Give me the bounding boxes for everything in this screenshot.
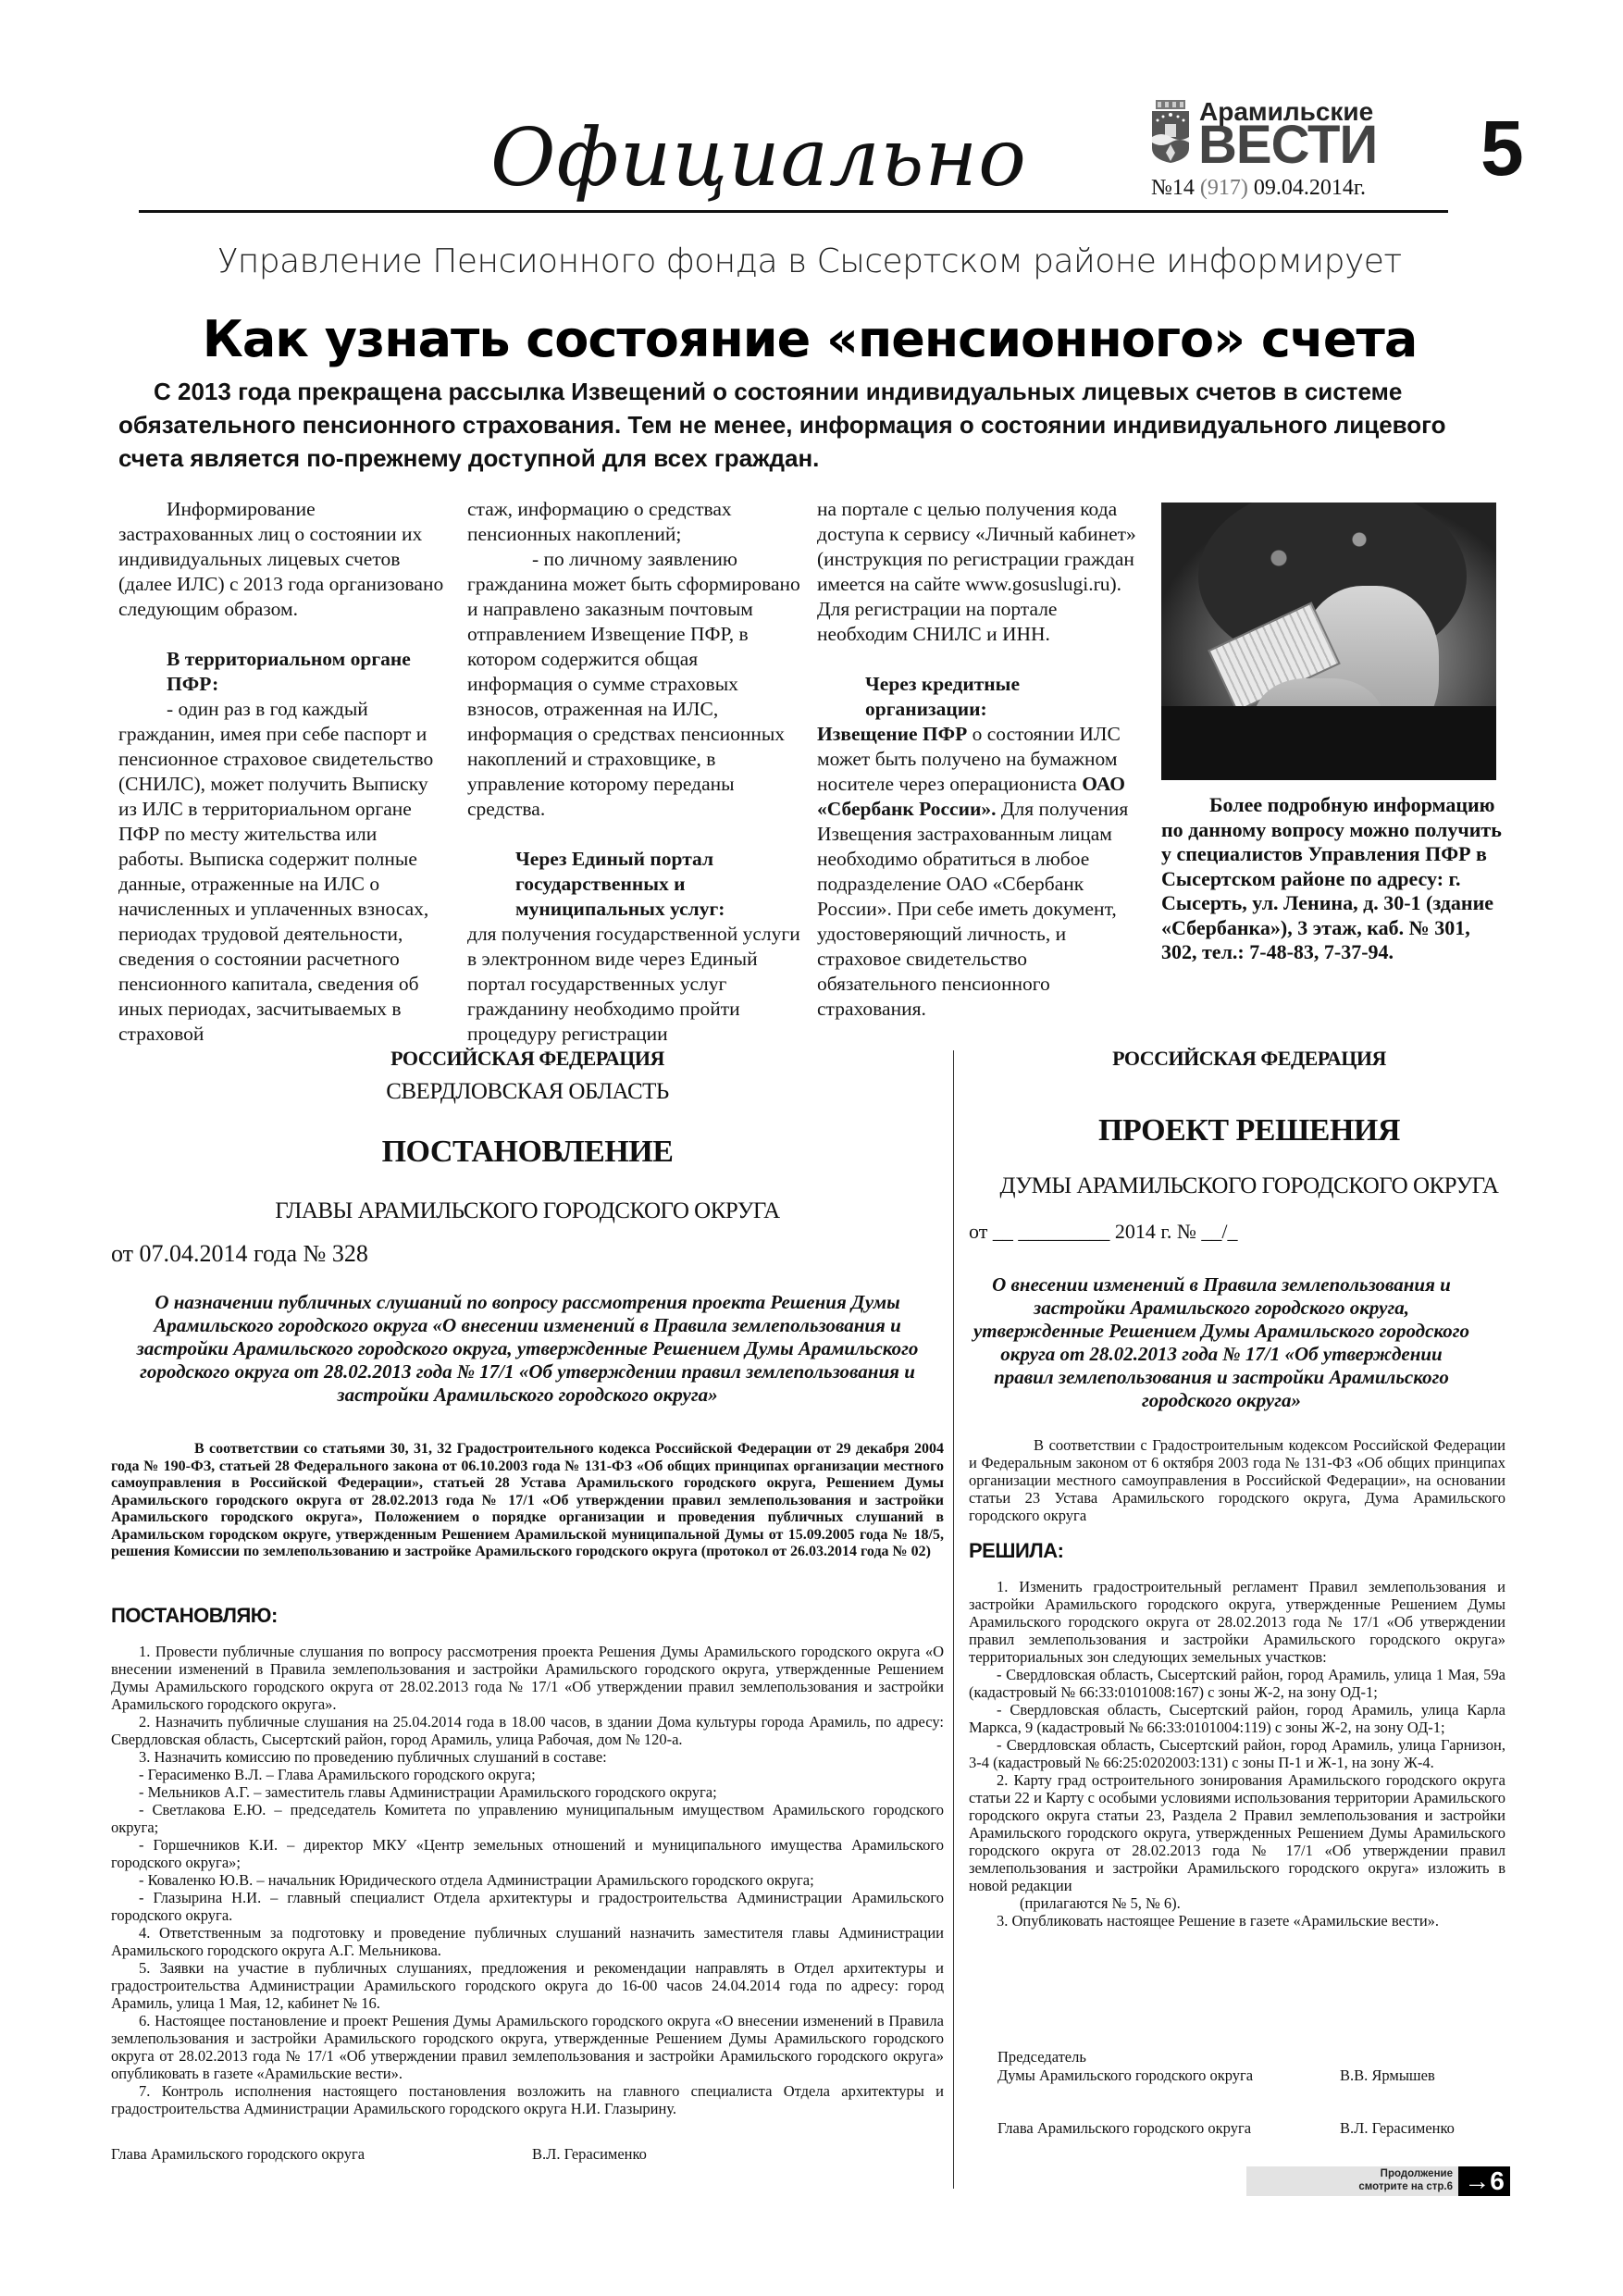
list-item: - Свердловская область, Сысертский район…: [969, 1701, 1505, 1736]
article-column-3: на портале с целью получения кода доступ…: [817, 497, 1146, 1022]
postanovlenie-signature-name: В.Л. Герасименко: [532, 2145, 647, 2164]
text: Для получения Извещения застрахованным л…: [817, 798, 1128, 1020]
issue-date: 09.04.2014г.: [1254, 176, 1366, 200]
proekt-date-number: от __ _________ 2014 г. № __/_: [969, 1220, 1237, 1244]
list-item: 3. Опубликовать настоящее Решение в газе…: [969, 1912, 1505, 1930]
list-item: 3. Назначить комиссию по проведению публ…: [111, 1748, 944, 1766]
list-item: 1. Изменить градостроительный регламент …: [969, 1578, 1505, 1666]
list-item: 1. Провести публичные слушания по вопрос…: [111, 1643, 944, 1713]
issue-number: №14: [1151, 176, 1195, 200]
bold-term: Извещение ПФР: [817, 723, 967, 745]
article-photo: [1161, 503, 1496, 780]
postanovlenie-preamble: В соответствии со статьями 30, 31, 32 Гр…: [111, 1441, 944, 1561]
list-item: 6. Настоящее постановление и проект Реше…: [111, 2012, 944, 2082]
postanovlenie-country: РОССИЙСКАЯ ФЕДЕРАЦИЯ: [111, 1047, 944, 1071]
paragraph: для получения государственной услуги в э…: [467, 922, 800, 1047]
postanovlenie-date-number: от 07.04.2014 года № 328: [111, 1240, 368, 1268]
proekt-sign1-title-b: Думы Арамильского городского округа: [997, 2066, 1253, 2085]
list-item: - Свердловская область, Сысертский район…: [969, 1666, 1505, 1701]
proekt-sign1-name: В.В. Ярмышев: [1340, 2066, 1435, 2085]
paragraph: Извещение ПФР о состоянии ИЛС может быть…: [817, 722, 1146, 1022]
issue-total: (917): [1200, 176, 1248, 200]
paragraph: на портале с целью получения кода доступ…: [817, 497, 1146, 647]
newspaper-logo: Арамильские ВЕСТИ: [1150, 100, 1428, 176]
list-item: 5. Заявки на участие в публичных слушани…: [111, 1959, 944, 2012]
proekt-subject: О внесении изменений в Правила землеполь…: [972, 1273, 1471, 1412]
list-item: 7. Контроль исполнения настоящего постан…: [111, 2082, 944, 2117]
issue-info: №14 (917) 09.04.2014г.: [1151, 176, 1366, 201]
postanovlenie-region: СВЕРДЛОВСКАЯ ОБЛАСТЬ: [111, 1079, 944, 1105]
subheading: Через Единый портал государственных и му…: [467, 847, 800, 922]
proekt-resolve-heading: РЕШИЛА:: [969, 1539, 1063, 1563]
article-column-2: стаж, информацию о средствах пенсионных …: [467, 497, 800, 1047]
proekt-preamble: В соответствии с Градостроительным кодек…: [969, 1436, 1505, 1524]
masthead-divider: [139, 210, 1448, 213]
article-lede: С 2013 года прекращена рассылка Извещени…: [118, 375, 1479, 475]
continuation-link[interactable]: Продолжение смотрите на стр.6 →6: [1246, 2166, 1510, 2196]
postanovlenie-signature-title: Глава Арамильского городского округа: [111, 2145, 365, 2164]
page-number: 5: [1481, 109, 1524, 187]
subheading: В территориальном органе ПФР:: [118, 647, 447, 697]
proekt-sign1-title-a: Председатель: [997, 2048, 1086, 2066]
postanovlenie-title: ПОСТАНОВЛЕНИЕ: [111, 1135, 944, 1170]
city-crest-icon: [1150, 100, 1191, 165]
paragraph: - по личному заявлению гражданина может …: [467, 547, 800, 822]
list-item: - Герасименко В.Л. – Глава Арамильского …: [111, 1766, 944, 1783]
paragraph: - один раз в год каждый гражданин, имея …: [118, 697, 447, 1047]
article-column-1: Информирование застрахованных лиц о сост…: [118, 497, 447, 1047]
list-item: - Коваленко Ю.В. – начальник Юридическог…: [111, 1871, 944, 1889]
postanovlenie-items: 1. Провести публичные слушания по вопрос…: [111, 1643, 944, 2117]
proekt-title: ПРОЕКТ РЕШЕНИЯ: [962, 1113, 1536, 1148]
proekt-sign2-title: Глава Арамильского городского округа: [997, 2119, 1251, 2138]
proekt-items: 1. Изменить градостроительный регламент …: [969, 1578, 1505, 1930]
contact-text: Более подробную информацию по данному во…: [1161, 793, 1502, 963]
list-item: 2. Назначить публичные слушания на 25.04…: [111, 1713, 944, 1748]
article-headline: Как узнать состояние «пенсионного» счета: [139, 310, 1481, 368]
postanovlenie-subject: О назначении публичных слушаний по вопро…: [111, 1291, 944, 1407]
list-item: - Светлакова Е.Ю. – председатель Комитет…: [111, 1801, 944, 1836]
proekt-sign2-name: В.Л. Герасименко: [1340, 2119, 1455, 2138]
proekt-country: РОССИЙСКАЯ ФЕДЕРАЦИЯ: [962, 1047, 1536, 1071]
paragraph: стаж, информацию о средствах пенсионных …: [467, 497, 800, 547]
postanovlenie-resolve-heading: ПОСТАНОВЛЯЮ:: [111, 1604, 278, 1628]
list-item: 4. Ответственным за подготовку и проведе…: [111, 1924, 944, 1959]
continuation-line2: смотрите на стр.6: [1358, 2180, 1453, 2193]
list-item: 2. Карту град остроительного зонирования…: [969, 1771, 1505, 1894]
list-item: (прилагаются № 5, № 6).: [969, 1894, 1505, 1912]
contact-info: Более подробную информацию по данному во…: [1161, 793, 1504, 965]
continuation-line1: Продолжение: [1358, 2167, 1453, 2180]
column-divider: [953, 1050, 954, 2189]
article-kicker: Управление Пенсионного фонда в Сысертско…: [139, 242, 1481, 280]
arrow-right-icon: →6: [1458, 2166, 1510, 2196]
paragraph: Информирование застрахованных лиц о сост…: [118, 497, 447, 622]
list-item: - Горшечников К.И. – директор МКУ «Центр…: [111, 1836, 944, 1871]
proekt-issuer: ДУМЫ АРАМИЛЬСКОГО ГОРОДСКОГО ОКРУГА: [962, 1173, 1536, 1199]
section-rubric: Официально: [481, 118, 1036, 198]
list-item: - Свердловская область, Сысертский район…: [969, 1736, 1505, 1771]
postanovlenie-issuer: ГЛАВЫ АРАМИЛЬСКОГО ГОРОДСКОГО ОКРУГА: [111, 1198, 944, 1224]
list-item: - Мельников А.Г. – заместитель главы Адм…: [111, 1783, 944, 1801]
list-item: - Глазырина Н.И. – главный специалист От…: [111, 1889, 944, 1924]
subheading: Через кредитные организации:: [817, 672, 1146, 722]
brand-main: ВЕСТИ: [1198, 118, 1377, 172]
continuation-text: Продолжение смотрите на стр.6: [1358, 2167, 1453, 2193]
